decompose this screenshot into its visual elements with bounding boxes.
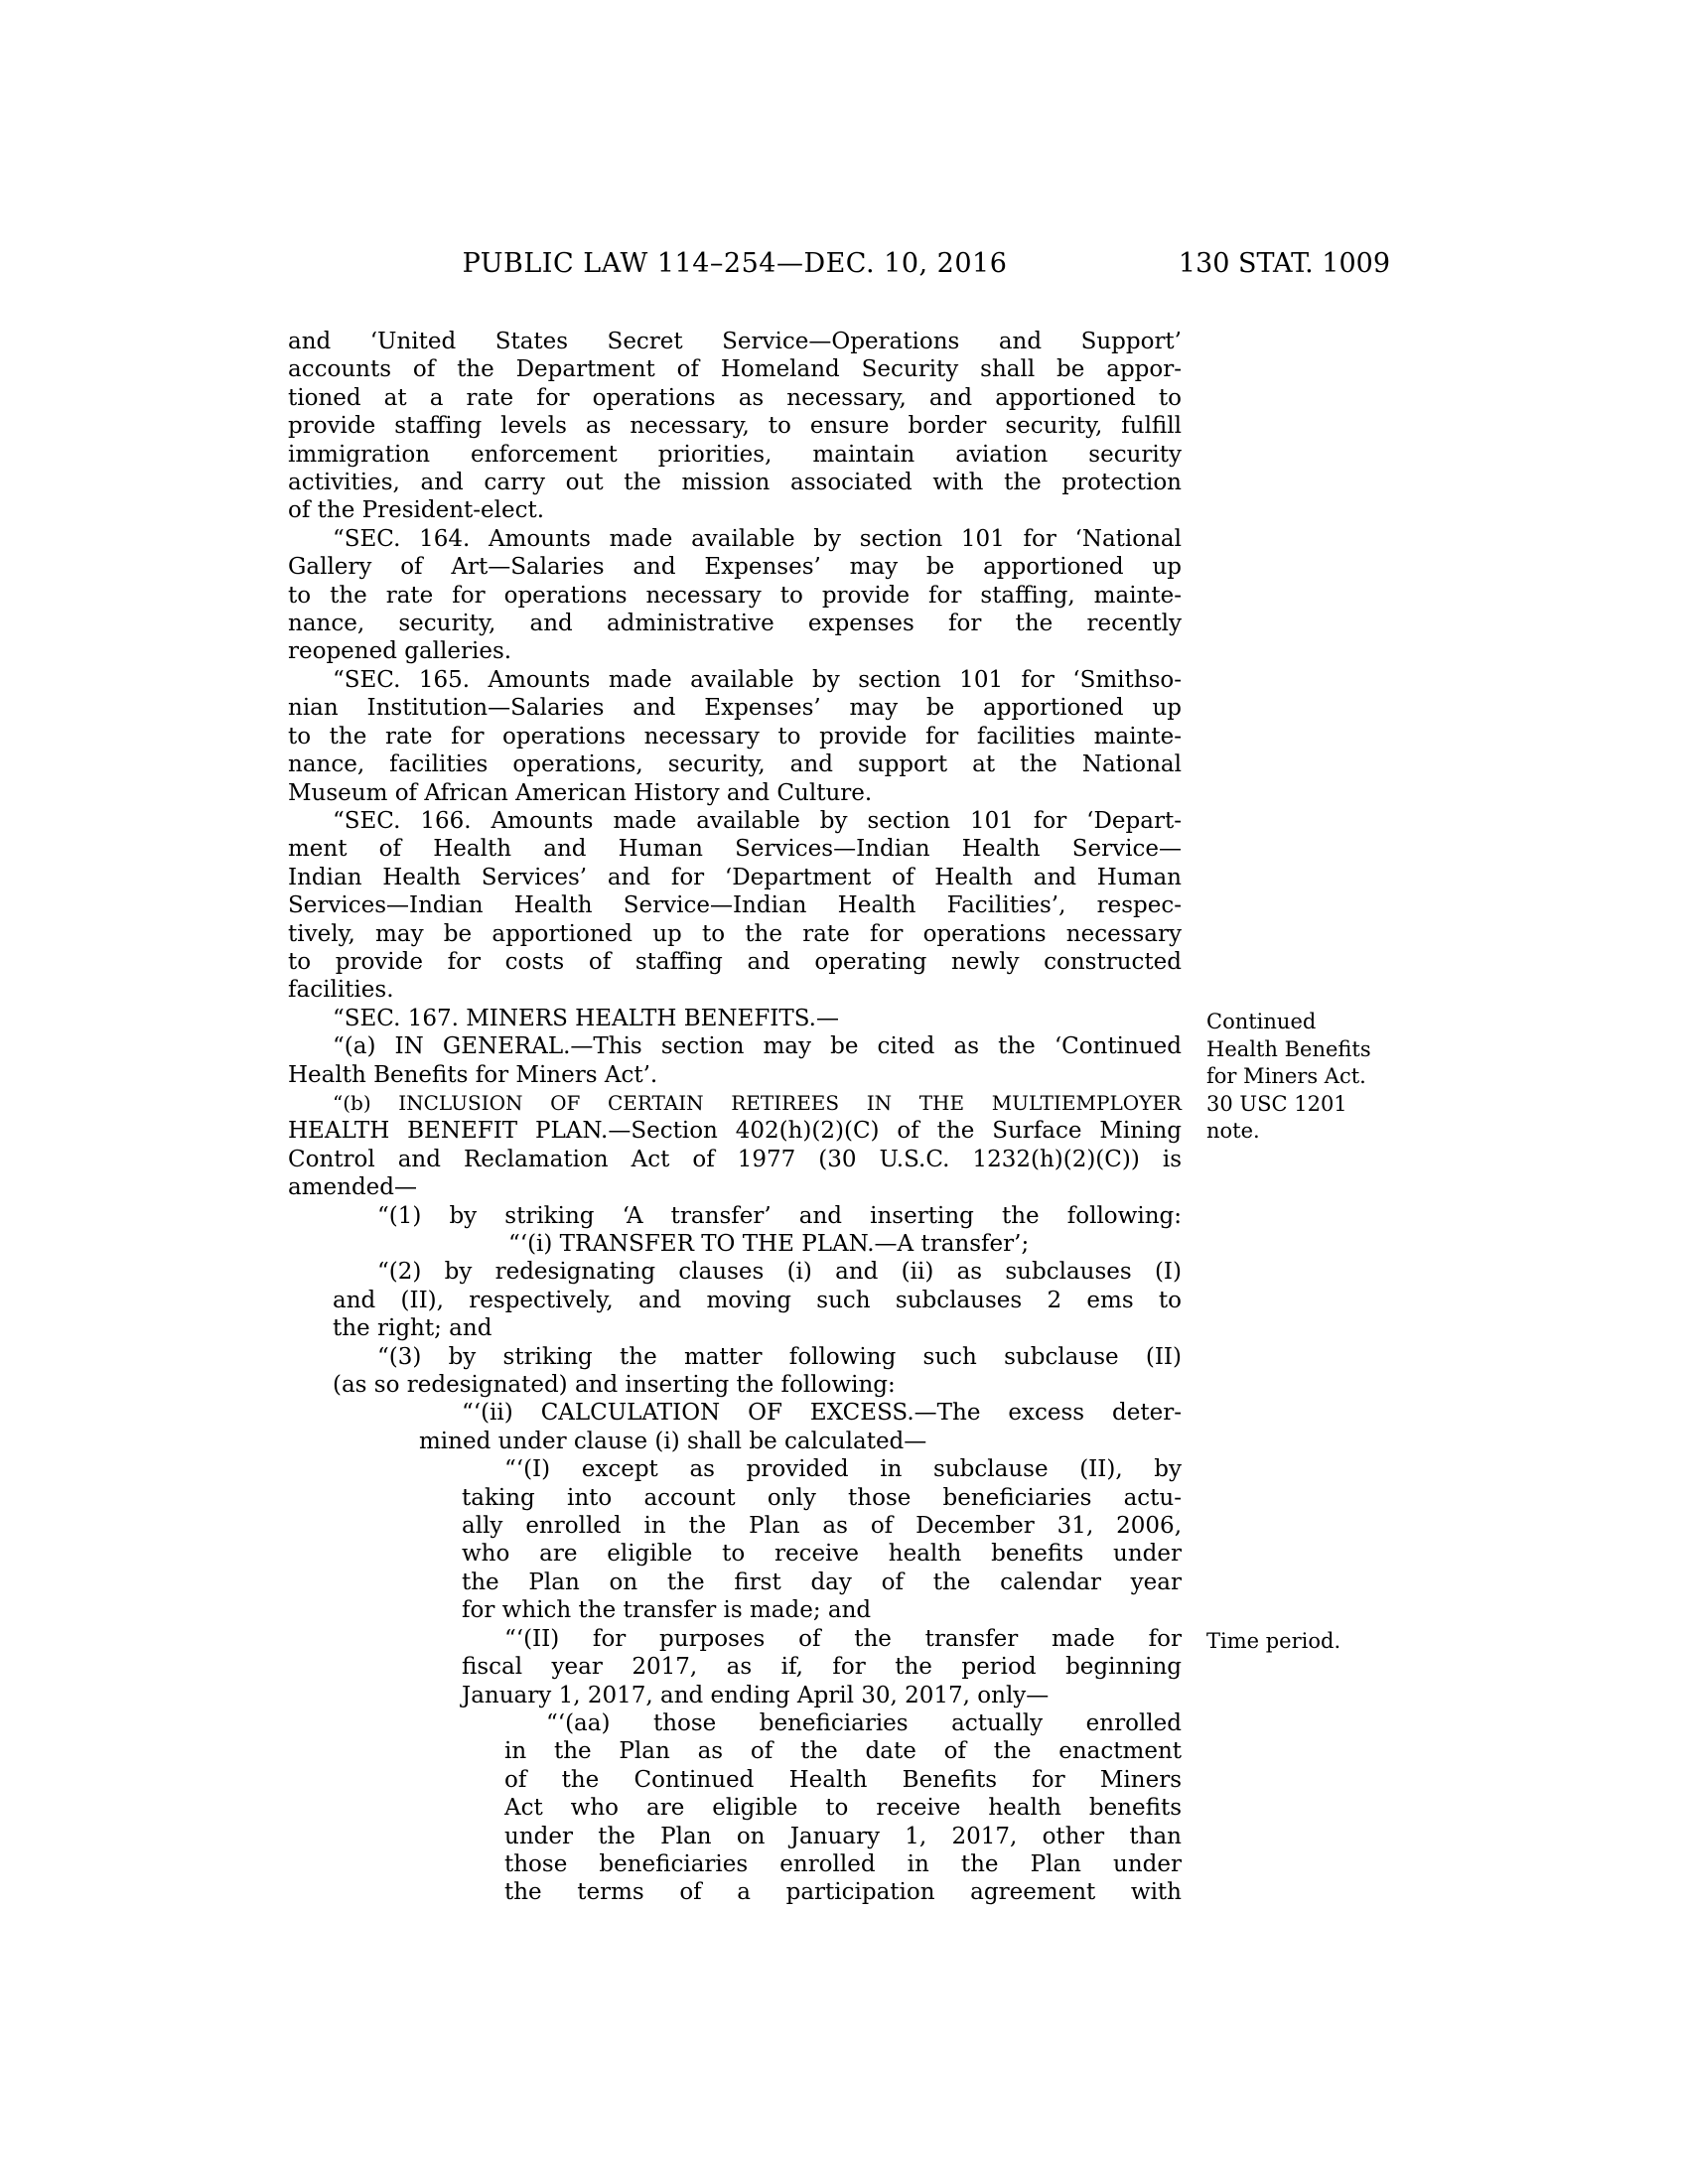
statute-text-line: “(b) INCLUSION OF CERTAIN RETIREES IN TH… (288, 1089, 1182, 1117)
statute-text-line: taking into account only those beneficia… (288, 1484, 1182, 1512)
margin-note-line: Continued (1206, 1009, 1400, 1036)
statute-text-line: the right; and (288, 1314, 1182, 1342)
statute-text-line: fiscal year 2017, as if, for the period … (288, 1653, 1182, 1681)
statute-text-line: of the President-elect. (288, 496, 1182, 524)
statute-text-line: Indian Health Services’ and for ‘Departm… (288, 864, 1182, 891)
margin-note-line: Time period. (1206, 1628, 1400, 1656)
statute-text-line: reopened galleries. (288, 637, 1182, 665)
statute-text-line: nance, facilities operations, security, … (288, 751, 1182, 778)
statute-text-line: “SEC. 165. Amounts made available by sec… (288, 666, 1182, 694)
margin-note-line: 30 USC 1201 (1206, 1091, 1400, 1119)
statute-text-line: “‘(aa) those beneficiaries actually enro… (288, 1709, 1182, 1737)
header-law-citation: PUBLIC LAW 114–254—DEC. 10, 2016 (288, 248, 1182, 279)
statute-text-column: and ‘United States Secret Service—Operat… (288, 328, 1182, 1907)
statute-text-line: ment of Health and Human Services—Indian… (288, 835, 1182, 863)
statute-text-line: January 1, 2017, and ending April 30, 20… (288, 1682, 1182, 1709)
header-stat-page: 130 STAT. 1009 (1072, 248, 1390, 279)
margin-note-line: Health Benefits (1206, 1036, 1400, 1064)
statute-text-line: Gallery of Art—Salaries and Expenses’ ma… (288, 553, 1182, 581)
statute-text-line: provide staffing levels as necessary, to… (288, 412, 1182, 440)
statute-text-line: those beneficiaries enrolled in the Plan… (288, 1850, 1182, 1878)
statute-text-line: nian Institution—Salaries and Expenses’ … (288, 694, 1182, 722)
statute-text-line: in the Plan as of the date of the enactm… (288, 1737, 1182, 1765)
statute-text-line: “‘(I) except as provided in subclause (I… (288, 1455, 1182, 1483)
statute-text-line: the Plan on the first day of the calenda… (288, 1569, 1182, 1596)
statute-text-line: tioned at a rate for operations as neces… (288, 384, 1182, 412)
statute-text-line: the terms of a participation agreement w… (288, 1878, 1182, 1906)
statute-text-line: under the Plan on January 1, 2017, other… (288, 1823, 1182, 1850)
statute-text-line: amended— (288, 1173, 1182, 1201)
statute-text-line: “SEC. 164. Amounts made available by sec… (288, 525, 1182, 553)
statute-text-line: activities, and carry out the mission as… (288, 469, 1182, 496)
statute-text-line: for which the transfer is made; and (288, 1596, 1182, 1624)
statute-text-line: to the rate for operations necessary to … (288, 582, 1182, 610)
statute-text-line: who are eligible to receive health benef… (288, 1540, 1182, 1568)
statute-text-line: Act who are eligible to receive health b… (288, 1794, 1182, 1822)
margin-note-time-period: Time period. (1206, 1628, 1400, 1656)
statute-text-line: “‘(ii) CALCULATION OF EXCESS.—The excess… (288, 1399, 1182, 1427)
statute-text-line: “SEC. 166. Amounts made available by sec… (288, 807, 1182, 835)
statute-text-line: “‘(II) for purposes of the transfer made… (288, 1625, 1182, 1653)
statute-text-line: “(3) by striking the matter following su… (288, 1343, 1182, 1371)
statute-text-line: “(2) by redesignating clauses (i) and (i… (288, 1258, 1182, 1286)
statute-page: PUBLIC LAW 114–254—DEC. 10, 2016 130 STA… (0, 0, 1688, 2184)
statute-text-line: HEALTH BENEFIT PLAN.—Section 402(h)(2)(C… (288, 1117, 1182, 1145)
statute-text-line: Control and Reclamation Act of 1977 (30 … (288, 1146, 1182, 1173)
margin-note-line: note. (1206, 1118, 1400, 1146)
statute-text-line: nance, security, and administrative expe… (288, 610, 1182, 637)
statute-text-line: (as so redesignated) and inserting the f… (288, 1371, 1182, 1399)
statute-text-line: accounts of the Department of Homeland S… (288, 355, 1182, 383)
statute-text-line: facilities. (288, 976, 1182, 1004)
statute-text-line: Health Benefits for Miners Act’. (288, 1061, 1182, 1089)
statute-text-line: “SEC. 167. MINERS HEALTH BENEFITS.— (288, 1005, 1182, 1032)
statute-text-line: to the rate for operations necessary to … (288, 723, 1182, 751)
statute-text-line: immigration enforcement priorities, main… (288, 441, 1182, 469)
statute-text-line: mined under clause (i) shall be calculat… (288, 1428, 1182, 1455)
statute-text-line: tively, may be apportioned up to the rat… (288, 920, 1182, 948)
statute-text-line: “‘(i) TRANSFER TO THE PLAN.—A transfer’; (288, 1230, 1182, 1258)
statute-text-line: and (II), respectively, and moving such … (288, 1287, 1182, 1314)
statute-text-line: “(1) by striking ‘A transfer’ and insert… (288, 1202, 1182, 1230)
statute-text-line: “(a) IN GENERAL.—This section may be cit… (288, 1032, 1182, 1060)
statute-text-line: Services—Indian Health Service—Indian He… (288, 891, 1182, 919)
statute-text-line: and ‘United States Secret Service—Operat… (288, 328, 1182, 355)
margin-note-line: for Miners Act. (1206, 1063, 1400, 1091)
statute-text-line: to provide for costs of staffing and ope… (288, 948, 1182, 976)
statute-text-line: Museum of African American History and C… (288, 779, 1182, 807)
statute-text-line: ally enrolled in the Plan as of December… (288, 1512, 1182, 1540)
statute-text-line: of the Continued Health Benefits for Min… (288, 1766, 1182, 1794)
margin-note-act-citation: ContinuedHealth Benefitsfor Miners Act.3… (1206, 1009, 1400, 1146)
